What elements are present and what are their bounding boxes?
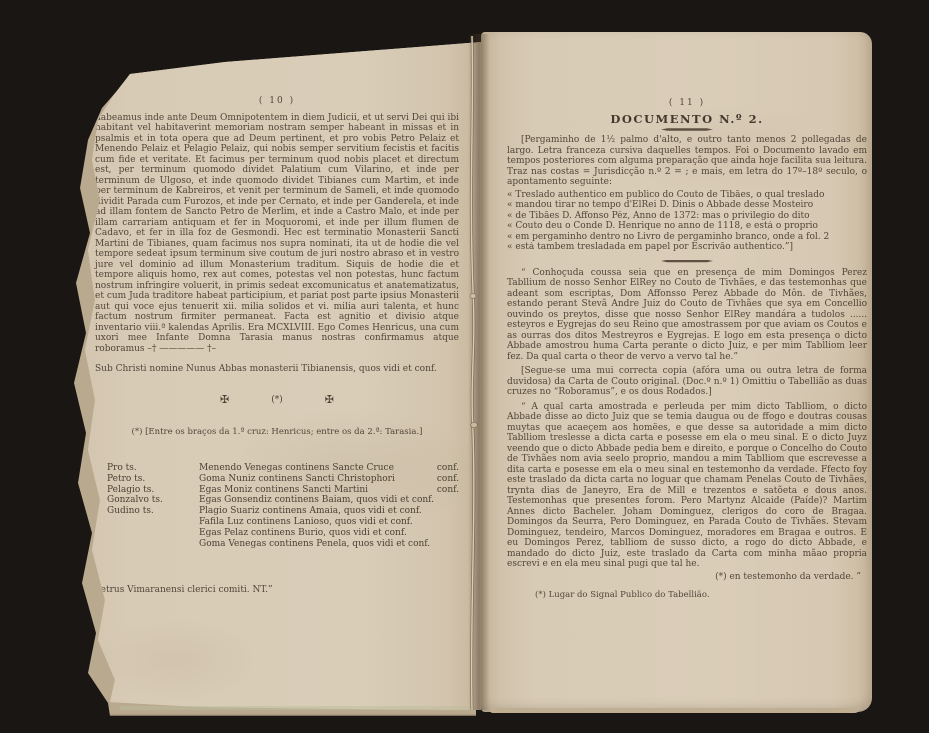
witness-entry-text: Egas Pelaz continens Burio, quos vidi et…	[199, 528, 407, 539]
witness-entry-conf: conf.	[437, 463, 459, 474]
witness-entry-row: Egas Moniz continens Sancti Martini conf…	[199, 485, 459, 496]
witness-entry-row: Menendo Venegas continens Sancte Cruce c…	[199, 463, 459, 474]
sub-christi-line: Sub Christi nomine Nunus Abbas monasteri…	[95, 364, 459, 375]
left-main-paragraph: habeamus inde ante Deum Omnipotentem in …	[95, 113, 459, 355]
quote-line: « está tambem tresladada em papel por Es…	[507, 242, 867, 253]
witness-name: Gudino ts.	[107, 506, 163, 517]
right-paragraph-qual-carta: “ A qual carta amostrada e perleuda per …	[507, 402, 867, 570]
maltese-cross-icon: ✠	[325, 395, 334, 406]
quote-line: « de Tibães D. Affonso Pêz, Anno de 1372…	[507, 211, 867, 222]
left-page-bottom-edge	[120, 706, 470, 710]
witness-entry-row: Goma Nuniz continens Sancti Christophori…	[199, 474, 459, 485]
witness-entry-text: Plagio Suariz continens Amaia, quos vidi…	[199, 506, 422, 517]
witness-names-column: Pro ts. Petro ts. Pelagio ts. Gonzalvo t…	[107, 463, 163, 517]
witness-entry-row: Plagio Suariz continens Amaia, quos vidi…	[199, 506, 459, 517]
quote-block: « Treslado authentico em publico do Cout…	[507, 190, 867, 253]
right-intro-paragraph: [Pergaminho de 1½ palmo d'alto, e outro …	[507, 135, 867, 188]
right-page-footnote: (*) Lugar do Signal Publico do Tabellião…	[507, 590, 867, 601]
witness-entries-column: Menendo Venegas continens Sancte Cruce c…	[199, 463, 459, 549]
witness-entry-text: Menendo Venegas continens Sancte Cruce	[199, 463, 394, 474]
quote-line: « Treslado authentico em publico do Cout…	[507, 190, 867, 201]
right-paragraph-segue: [Segue-se uma mui correcta copia (afóra …	[507, 366, 867, 398]
right-page-bottom-edge	[490, 708, 860, 713]
quote-line: « Couto deu o Conde D. Henrique no anno …	[507, 221, 867, 232]
witness-entry-row: Goma Venegas continens Penela, quos vidi…	[199, 539, 459, 550]
witness-entry-conf: conf.	[437, 474, 459, 485]
scanned-book-spread: ( 10 ) habeamus inde ante Deum Omnipoten…	[0, 0, 929, 733]
witness-name: Pelagio ts.	[107, 485, 163, 496]
section-divider	[661, 128, 713, 131]
left-page-footnote: (*) [Entre os braços da 1.ª cruz: Henric…	[95, 427, 459, 438]
attestation-line: (*) en testemonho da verdade. ”	[507, 572, 867, 583]
witness-name: Pro ts.	[107, 463, 163, 474]
right-paragraph-conhocuda: “ Conhoçuda coussa seia que en presença …	[507, 268, 867, 363]
right-page: ( 11 ) DOCUMENTO N.º 2. [Pergaminho de 1…	[481, 32, 872, 712]
document-heading: DOCUMENTO N.º 2.	[507, 114, 867, 125]
quote-line: « mandou tirar no tempo d'ElRei D. Dinis…	[507, 200, 867, 211]
section-divider	[661, 260, 713, 263]
right-page-text-column: ( 11 ) DOCUMENTO N.º 2. [Pergaminho de 1…	[507, 98, 867, 601]
witness-entry-row: Egas Pelaz continens Burio, quos vidi et…	[199, 528, 459, 539]
witness-entry-text: Goma Venegas continens Penela, quos vidi…	[199, 539, 430, 550]
witness-entry-text: Goma Nuniz continens Sancti Christophori	[199, 474, 395, 485]
left-page: ( 10 ) habeamus inde ante Deum Omnipoten…	[55, 40, 481, 712]
asterisk-mark: (*)	[271, 395, 283, 406]
quote-line: « em pergaminho dentro no Livro de perga…	[507, 232, 867, 243]
witness-entry-text: Fafila Luz continens Lanioso, quos vidi …	[199, 517, 413, 528]
witness-entry-text: Egas Moniz continens Sancti Martini	[199, 485, 368, 496]
left-page-text-column: ( 10 ) habeamus inde ante Deum Omnipoten…	[95, 96, 459, 438]
crosses-row: ✠ (*) ✠	[95, 395, 459, 406]
witness-entry-row: Egas Gonsendiz continens Baiam, quos vid…	[199, 495, 459, 506]
notary-signature-line: Petrus Vimaranensi clerici comiti. NT.”	[95, 585, 273, 596]
maltese-cross-icon: ✠	[220, 395, 229, 406]
witness-name: Gonzalvo ts.	[107, 495, 163, 506]
left-page-number: ( 10 )	[95, 96, 459, 107]
witness-entry-text: Egas Gonsendiz continens Baiam, quos vid…	[199, 495, 434, 506]
witness-name: Petro ts.	[107, 474, 163, 485]
witness-entry-row: Fafila Luz continens Lanioso, quos vidi …	[199, 517, 459, 528]
right-page-number: ( 11 )	[507, 98, 867, 109]
witness-entry-conf: conf.	[437, 485, 459, 496]
